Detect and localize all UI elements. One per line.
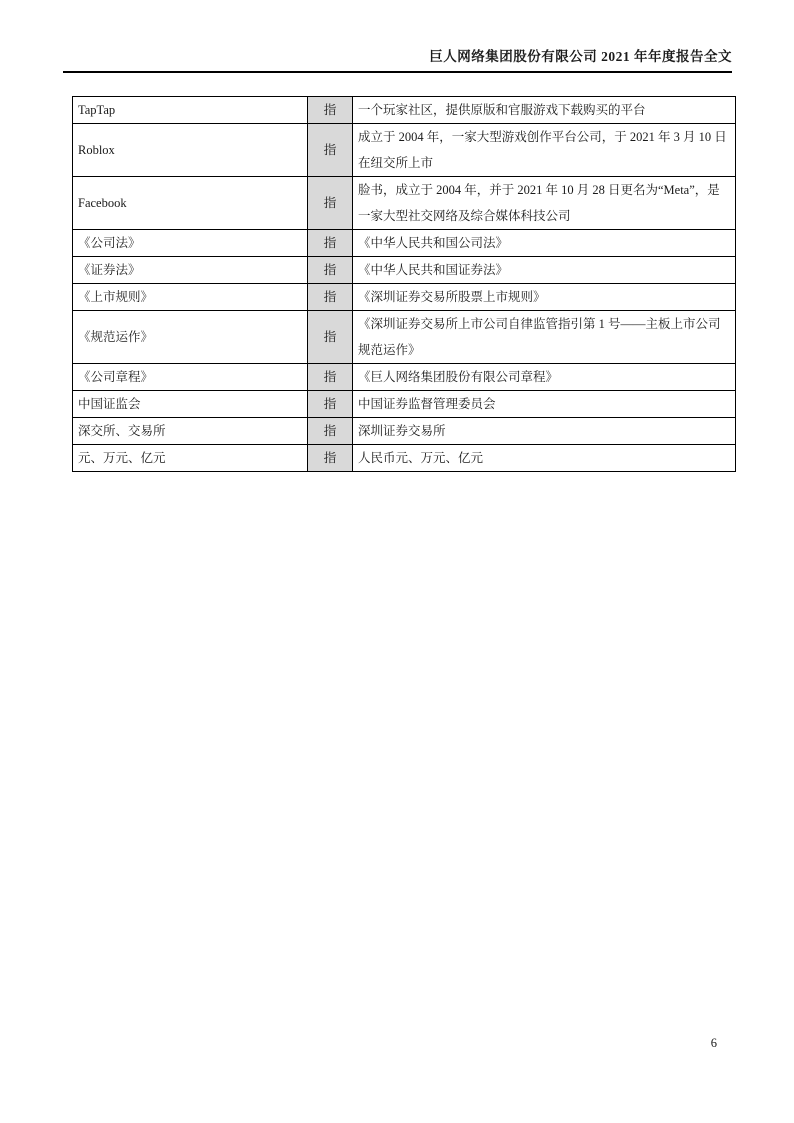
table-row: TapTap指一个玩家社区，提供原版和官服游戏下载购买的平台: [73, 97, 736, 124]
definition-cell: 成立于 2004 年，一家大型游戏创作平台公司，于 2021 年 3 月 10 …: [353, 124, 736, 177]
term-cell: 《规范运作》: [73, 311, 308, 364]
refers-to-cell: 指: [308, 391, 353, 418]
term-cell: 《公司章程》: [73, 364, 308, 391]
term-cell: 中国证监会: [73, 391, 308, 418]
definition-cell: 《深圳证券交易所上市公司自律监管指引第 1 号——主板上市公司规范运作》: [353, 311, 736, 364]
table-row: 元、万元、亿元指人民币元、万元、亿元: [73, 445, 736, 472]
term-cell: Roblox: [73, 124, 308, 177]
refers-to-cell: 指: [308, 418, 353, 445]
refers-to-cell: 指: [308, 124, 353, 177]
refers-to-cell: 指: [308, 445, 353, 472]
term-cell: Facebook: [73, 177, 308, 230]
term-cell: 《上市规则》: [73, 284, 308, 311]
table-row: 《上市规则》指《深圳证券交易所股票上市规则》: [73, 284, 736, 311]
report-header-title: 巨人网络集团股份有限公司 2021 年年度报告全文: [429, 49, 732, 64]
refers-to-cell: 指: [308, 97, 353, 124]
term-cell: TapTap: [73, 97, 308, 124]
table-row: 《规范运作》指《深圳证券交易所上市公司自律监管指引第 1 号——主板上市公司规范…: [73, 311, 736, 364]
refers-to-cell: 指: [308, 364, 353, 391]
definition-cell: 《深圳证券交易所股票上市规则》: [353, 284, 736, 311]
terminology-definition-table: TapTap指一个玩家社区，提供原版和官服游戏下载购买的平台Roblox指成立于…: [72, 96, 736, 472]
definition-cell: 《中华人民共和国证券法》: [353, 257, 736, 284]
table-row: 深交所、交易所指深圳证券交易所: [73, 418, 736, 445]
term-cell: 深交所、交易所: [73, 418, 308, 445]
definition-cell: 人民币元、万元、亿元: [353, 445, 736, 472]
page-header: 巨人网络集团股份有限公司 2021 年年度报告全文: [63, 48, 732, 73]
table-row: Roblox指成立于 2004 年，一家大型游戏创作平台公司，于 2021 年 …: [73, 124, 736, 177]
table-row: Facebook指脸书，成立于 2004 年，并于 2021 年 10 月 28…: [73, 177, 736, 230]
report-page: 巨人网络集团股份有限公司 2021 年年度报告全文 TapTap指一个玩家社区，…: [0, 0, 794, 1123]
definition-cell: 一个玩家社区，提供原版和官服游戏下载购买的平台: [353, 97, 736, 124]
refers-to-cell: 指: [308, 311, 353, 364]
term-cell: 《证券法》: [73, 257, 308, 284]
term-cell: 元、万元、亿元: [73, 445, 308, 472]
table-row: 中国证监会指中国证券监督管理委员会: [73, 391, 736, 418]
refers-to-cell: 指: [308, 284, 353, 311]
table-row: 《公司章程》指《巨人网络集团股份有限公司章程》: [73, 364, 736, 391]
definition-cell: 脸书，成立于 2004 年，并于 2021 年 10 月 28 日更名为“Met…: [353, 177, 736, 230]
definition-table-body: TapTap指一个玩家社区，提供原版和官服游戏下载购买的平台Roblox指成立于…: [73, 97, 736, 472]
definition-cell: 《中华人民共和国公司法》: [353, 230, 736, 257]
refers-to-cell: 指: [308, 257, 353, 284]
page-number: 6: [711, 1036, 717, 1051]
definition-cell: 中国证券监督管理委员会: [353, 391, 736, 418]
refers-to-cell: 指: [308, 230, 353, 257]
table-row: 《证券法》指《中华人民共和国证券法》: [73, 257, 736, 284]
term-cell: 《公司法》: [73, 230, 308, 257]
definition-cell: 《巨人网络集团股份有限公司章程》: [353, 364, 736, 391]
table-row: 《公司法》指《中华人民共和国公司法》: [73, 230, 736, 257]
refers-to-cell: 指: [308, 177, 353, 230]
definition-cell: 深圳证券交易所: [353, 418, 736, 445]
